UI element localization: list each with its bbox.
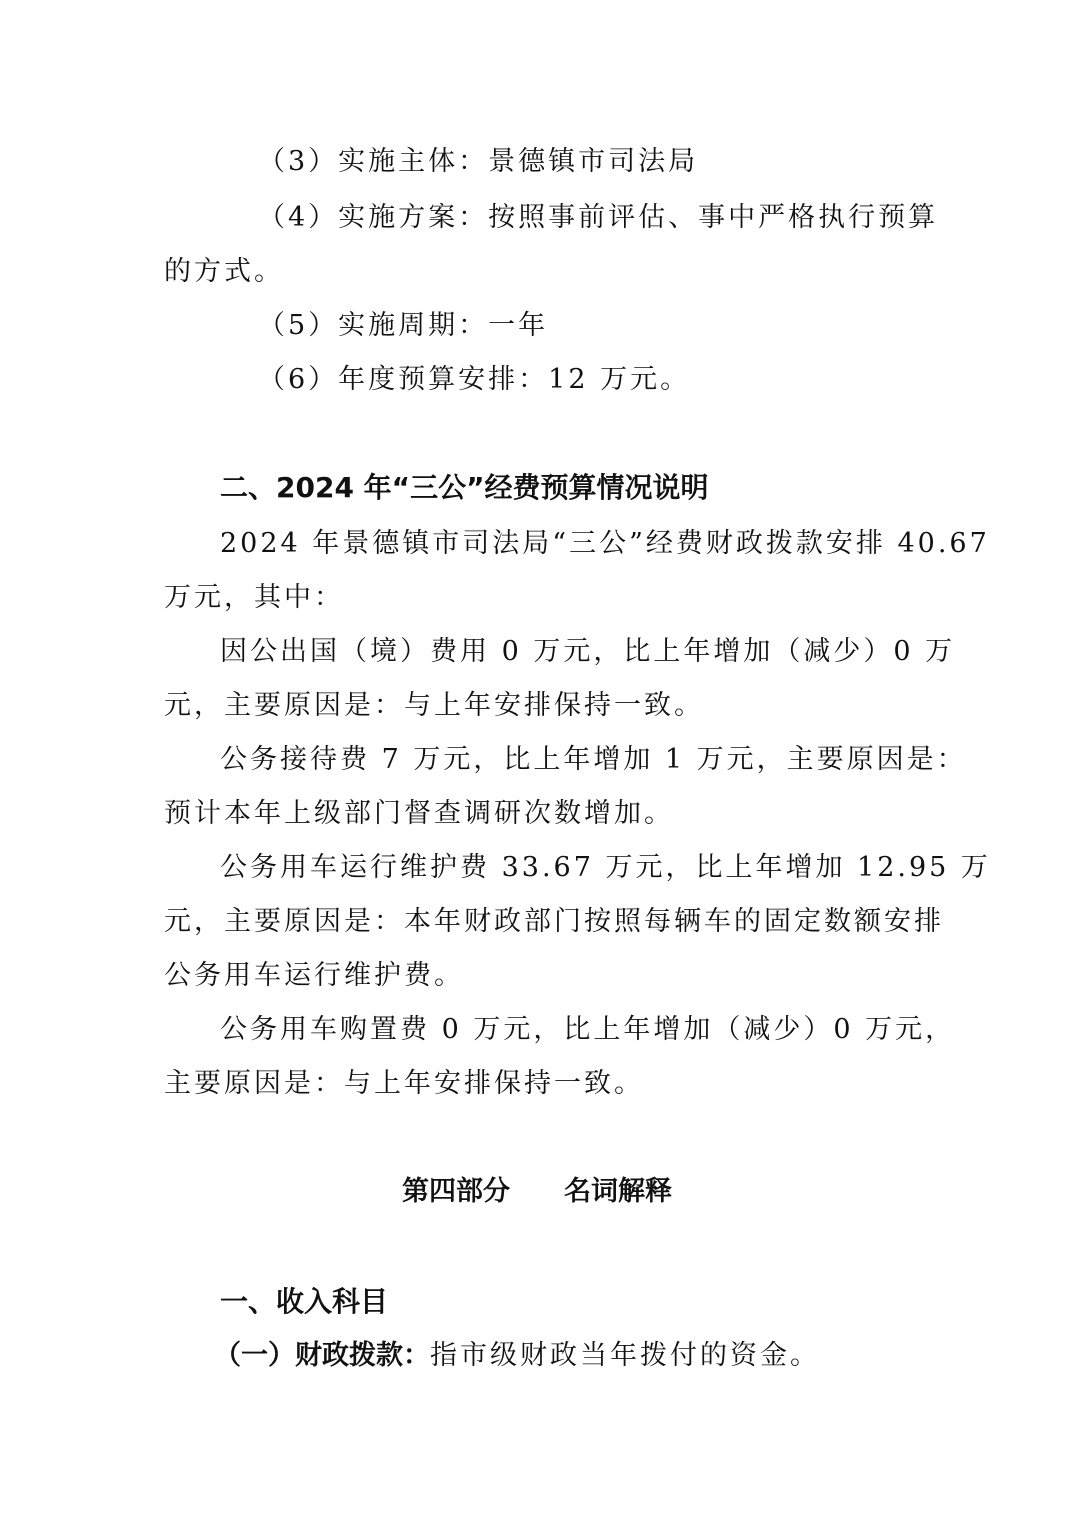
paragraph-line: 公务接待费 7 万元，比上年增加 1 万元，主要原因是： — [220, 744, 967, 776]
paragraph-line: 元，主要原因是：与上年安排保持一致。 — [164, 690, 704, 722]
paragraph-line: 元，主要原因是：本年财政部门按照每辆车的固定数额安排 — [164, 906, 944, 938]
paragraph-line: 因公出国（境）费用 0 万元，比上年增加（减少）0 万 — [220, 636, 955, 668]
fiscal-appropriation-label: （一）财政拨款： — [214, 1340, 430, 1371]
annual-budget-line: （6）年度预算安排：12 万元。 — [258, 364, 690, 396]
income-subject-heading: 一、收入科目 — [220, 1286, 388, 1318]
part-four-title: 第四部分 名词解释 — [0, 1176, 1074, 1208]
paragraph-line: 公务用车购置费 0 万元，比上年增加（减少）0 万元， — [220, 1014, 955, 1046]
paragraph-line: 万元，其中： — [164, 582, 344, 614]
implementation-plan-line-cont: 的方式。 — [164, 256, 284, 288]
fiscal-appropriation-text: 指市级财政当年拨付的资金。 — [430, 1340, 820, 1371]
implementation-period-line: （5）实施周期：一年 — [258, 310, 548, 342]
paragraph-line: 2024 年景德镇市司法局“三公”经费财政拨款安排 40.67 — [220, 528, 990, 560]
paragraph-line: 公务用车运行维护费。 — [164, 960, 464, 992]
three-public-heading: 二、2024 年“三公”经费预算情况说明 — [220, 472, 708, 504]
paragraph-line: 主要原因是：与上年安排保持一致。 — [164, 1068, 644, 1100]
implementation-plan-line: （4）实施方案：按照事前评估、事中严格执行预算 — [258, 202, 938, 234]
paragraph-line: 公务用车运行维护费 33.67 万元，比上年增加 12.95 万 — [220, 852, 991, 884]
paragraph-line: 预计本年上级部门督查调研次数增加。 — [164, 798, 674, 830]
implementing-entity-line: （3）实施主体：景德镇市司法局 — [258, 146, 698, 178]
fiscal-appropriation-item: （一）财政拨款：指市级财政当年拨付的资金。 — [214, 1340, 820, 1372]
